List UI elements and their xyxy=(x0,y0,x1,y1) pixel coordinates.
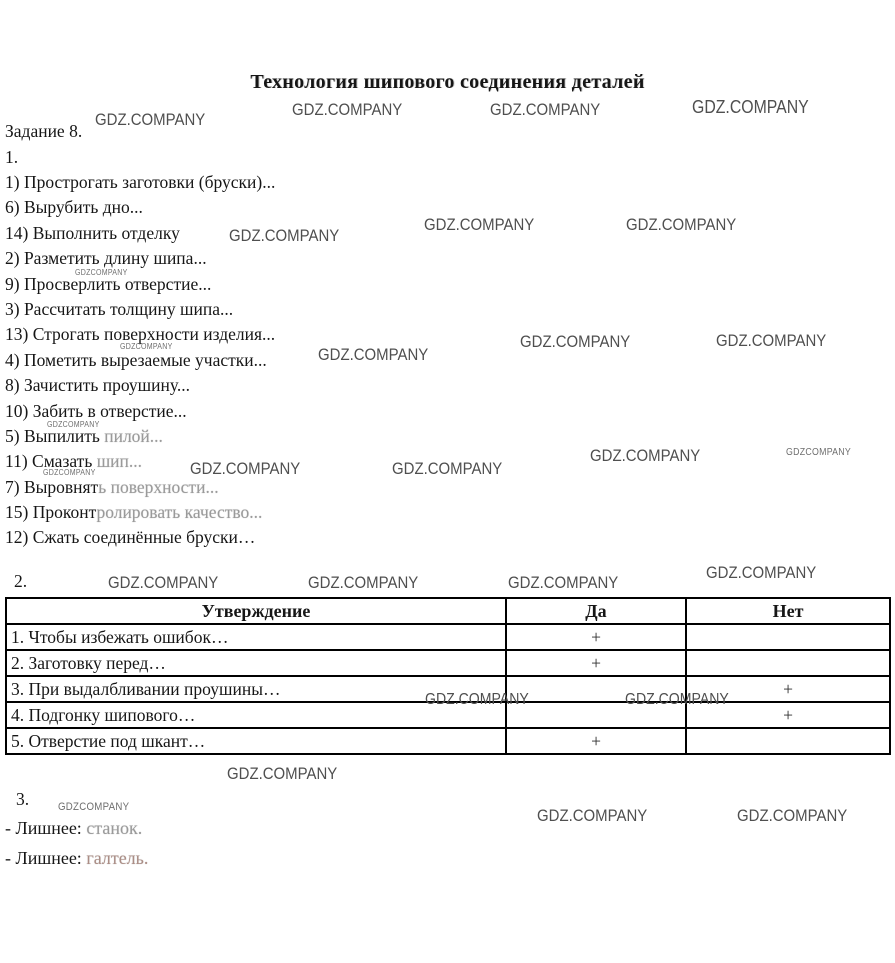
gdz-watermark: GDZCOMPANY xyxy=(47,420,100,429)
gdz-watermark: GDZ.COMPANY xyxy=(424,215,534,235)
table-row: 2. Заготовку перед…+ xyxy=(6,650,890,676)
net-cell xyxy=(686,624,890,650)
section3-number: 3. xyxy=(16,789,29,810)
task-item-faded-text: ролировать качество... xyxy=(96,502,262,522)
task-item-text: 7) Выровнят xyxy=(5,477,98,497)
section2-number: 2. xyxy=(14,571,27,592)
gdz-watermark: GDZ.COMPANY xyxy=(716,331,826,351)
task-item-text: 4) Пометить вырезаемые участки... xyxy=(5,350,267,370)
gdz-watermark: GDZCOMPANY xyxy=(786,447,851,458)
extra-item-text: - Лишнее: xyxy=(5,848,86,868)
gdz-watermark: GDZ.COMPANY xyxy=(229,226,339,246)
gdz-watermark: GDZCOMPANY xyxy=(120,342,173,351)
gdz-watermark: GDZ.COMPANY xyxy=(590,446,700,466)
task-item: 8) Зачистить проушину... xyxy=(5,373,765,398)
task-item-text: 14) Выполнить отделку xyxy=(5,223,180,243)
extra-list: - Лишнее: станок.- Лишнее: галтель. xyxy=(5,813,148,873)
task-item: 10) Забить в отверстие... xyxy=(5,399,765,424)
gdz-watermark: GDZ.COMPANY xyxy=(227,764,337,784)
table-header-cell: Да xyxy=(506,598,686,624)
table-header-cell: Утверждение xyxy=(6,598,506,624)
statements-table: УтверждениеДаНет 1. Чтобы избежать ошибо… xyxy=(5,597,891,755)
section1-number: 1. xyxy=(5,147,18,168)
statement-cell: 2. Заготовку перед… xyxy=(6,650,506,676)
table-header-cell: Нет xyxy=(686,598,890,624)
task-item-text: 2) Разметить длину шипа... xyxy=(5,248,207,268)
table-row: 1. Чтобы избежать ошибок…+ xyxy=(6,624,890,650)
task-item-faded-text: шип... xyxy=(97,451,142,471)
extra-item-faded-text: станок. xyxy=(86,818,142,838)
extra-item: - Лишнее: галтель. xyxy=(5,843,148,873)
gdz-watermark: GDZ.COMPANY xyxy=(692,97,809,118)
task-item: 12) Сжать соединённые бруски… xyxy=(5,525,765,550)
table-header-row: УтверждениеДаНет xyxy=(6,598,890,624)
net-cell xyxy=(686,650,890,676)
gdz-watermark: GDZ.COMPANY xyxy=(392,459,502,479)
gdz-watermark: GDZCOMPANY xyxy=(43,468,96,477)
task-item-text: 10) Забить в отверстие... xyxy=(5,401,187,421)
gdz-watermark: GDZ.COMPANY xyxy=(737,806,847,826)
da-cell: + xyxy=(506,728,686,754)
extra-item-text: - Лишнее: xyxy=(5,818,86,838)
net-cell xyxy=(686,728,890,754)
task-item: 13) Строгать поверхности изделия... xyxy=(5,322,765,347)
task-item-text: 1) Прострогать заготовки (бруски)... xyxy=(5,172,275,192)
da-cell: + xyxy=(506,650,686,676)
task-item-text: 12) Сжать соединённые бруски… xyxy=(5,527,255,547)
gdz-watermark: GDZ.COMPANY xyxy=(95,110,205,130)
gdz-watermark: GDZ.COMPANY xyxy=(626,215,736,235)
gdz-watermark: GDZ.COMPANY xyxy=(490,100,600,120)
document-page: Технология шипового соединения деталей З… xyxy=(0,0,895,963)
gdz-watermark: GDZ.COMPANY xyxy=(706,563,816,583)
gdz-watermark: GDZ.COMPANY xyxy=(520,332,630,352)
task-item-text: 8) Зачистить проушину... xyxy=(5,375,190,395)
gdz-watermark: GDZ.COMPANY xyxy=(537,806,647,826)
gdz-watermark: GDZ.COMPANY xyxy=(292,100,402,120)
gdz-watermark: GDZ.COMPANY xyxy=(318,345,428,365)
gdz-watermark: GDZ.COMPANY xyxy=(108,573,218,593)
gdz-watermark: GDZ.COMPANY xyxy=(308,573,418,593)
da-cell: + xyxy=(506,624,686,650)
gdz-watermark: GDZ.COMPANY xyxy=(625,691,729,709)
extra-item: - Лишнее: станок. xyxy=(5,813,148,843)
task-item: 3) Рассчитать толщину шипа... xyxy=(5,297,765,322)
task-item-faded-text: ь поверхности... xyxy=(98,477,218,497)
task-item: 15) Проконтролировать качество... xyxy=(5,500,765,525)
gdz-watermark: GDZCOMPANY xyxy=(58,801,129,813)
gdz-watermark: GDZ.COMPANY xyxy=(508,573,618,593)
task-item-text: 15) Проконт xyxy=(5,502,96,522)
task-item: 1) Прострогать заготовки (бруски)... xyxy=(5,170,765,195)
page-title: Технология шипового соединения деталей xyxy=(0,71,895,94)
extra-item-faded-text: галтель. xyxy=(86,848,148,868)
task-item: 7) Выровнять поверхности... xyxy=(5,475,765,500)
task-item-text: 3) Рассчитать толщину шипа... xyxy=(5,299,233,319)
gdz-watermark: GDZ.COMPANY xyxy=(190,459,300,479)
task-item-text: 6) Вырубить дно... xyxy=(5,197,143,217)
task-label: Задание 8. xyxy=(5,121,82,142)
table-row: 5. Отверстие под шкант…+ xyxy=(6,728,890,754)
statement-cell: 1. Чтобы избежать ошибок… xyxy=(6,624,506,650)
gdz-watermark: GDZ.COMPANY xyxy=(425,691,529,709)
task-item-faded-text: пилой... xyxy=(104,426,163,446)
statement-cell: 5. Отверстие под шкант… xyxy=(6,728,506,754)
gdz-watermark: GDZCOMPANY xyxy=(75,268,128,277)
